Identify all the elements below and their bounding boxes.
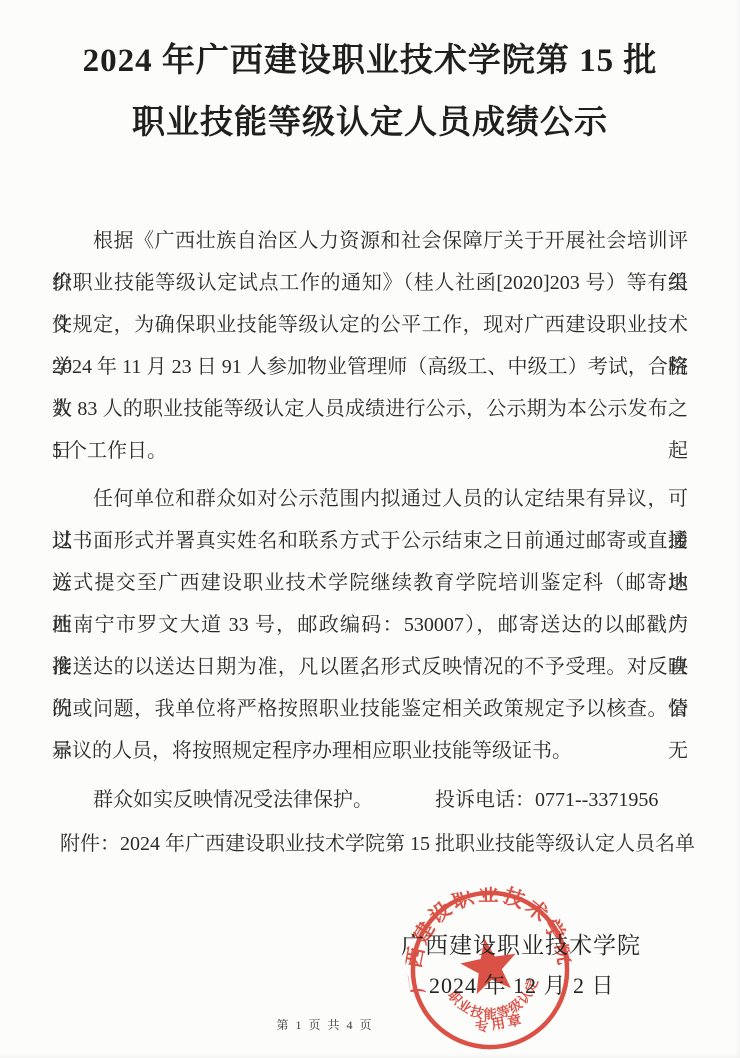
seal-bottom-text: 专用章 xyxy=(474,1011,525,1036)
body-paragraph-2: 任何单位和群众如对公示范围内拟通过人员的认定结果有异议，可以通 过书面形式并署真… xyxy=(52,478,688,772)
document-title: 2024 年广西建设职业技术学院第 15 批 职业技能等级认定人员成绩公示 xyxy=(0,30,740,154)
document-body: 根据《广西壮族自治区人力资源和社会保障厅关于开展社会培训评价组 织职业技能等级认… xyxy=(52,220,688,821)
text-line: 西南宁市罗文大道 33 号，邮政编码：530007），邮寄送达的以邮戳为准，直 xyxy=(52,604,688,646)
page-number: 第 1 页 共 4 页 xyxy=(255,1016,395,1033)
text-line: 数 83 人的职业技能等级认定人员成绩进行公示，公示期为本公示发布之日起 xyxy=(52,388,688,430)
document-title-line-2: 职业技能等级认定人员成绩公示 xyxy=(0,92,740,154)
text-line: 2024 年 11 月 23 日 91 人参加物业管理师（高级工、中级工）考试，… xyxy=(52,346,688,388)
text-line: 接送达的以送达日期为准，凡以匿名形式反映情况的不予受理。对反映的情 xyxy=(52,646,688,688)
official-seal: 广西建设职业技术学院 职业技能等级认定 专用章 xyxy=(395,875,585,1058)
official-seal-svg: 广西建设职业技术学院 职业技能等级认定 专用章 xyxy=(395,875,585,1058)
text-line: 件规定，为确保职业技能等级认定的公平工作，现对广西建设职业技术学院 xyxy=(52,304,688,346)
body-paragraph-1: 根据《广西壮族自治区人力资源和社会保障厅关于开展社会培训评价组 织职业技能等级认… xyxy=(52,220,688,472)
text-line: 织职业技能等级认定试点工作的通知》（桂人社函[2020]203 号）等有关文 xyxy=(52,262,688,304)
text-line: 况或问题，我单位将严格按照职业技能鉴定相关政策规定予以核查。公示无 xyxy=(52,688,688,730)
text-line: 任何单位和群众如对公示范围内拟通过人员的认定结果有异议，可以通 xyxy=(52,478,688,520)
text-line: 根据《广西壮族自治区人力资源和社会保障厅关于开展社会培训评价组 xyxy=(52,220,688,262)
complaint-phone: 投诉电话：0771--3371956 xyxy=(435,789,658,811)
attachment-line: 附件：2024 年广西建设职业技术学院第 15 批职业技能等级认定人员名单 xyxy=(60,829,700,859)
document-title-line-1: 2024 年广西建设职业技术学院第 15 批 xyxy=(0,30,740,92)
legal-protection-text: 群众如实反映情况受法律保护。 xyxy=(93,789,373,811)
text-line: 过书面形式并署真实姓名和联系方式于公示结束之日前通过邮寄或直接送达 xyxy=(52,520,688,562)
signature-date: 2024 年 12 月 2 日 xyxy=(429,969,615,1000)
notice-line: 群众如实反映情况受法律保护。投诉电话：0771--3371956 xyxy=(52,779,688,821)
text-line: 方式提交至广西建设职业技术学院继续教育学院培训鉴定科（邮寄地址：广 xyxy=(52,562,688,604)
document-page: 2024 年广西建设职业技术学院第 15 批 职业技能等级认定人员成绩公示 根据… xyxy=(0,0,740,1058)
signature-org: 广西建设职业技术学院 xyxy=(401,927,641,960)
